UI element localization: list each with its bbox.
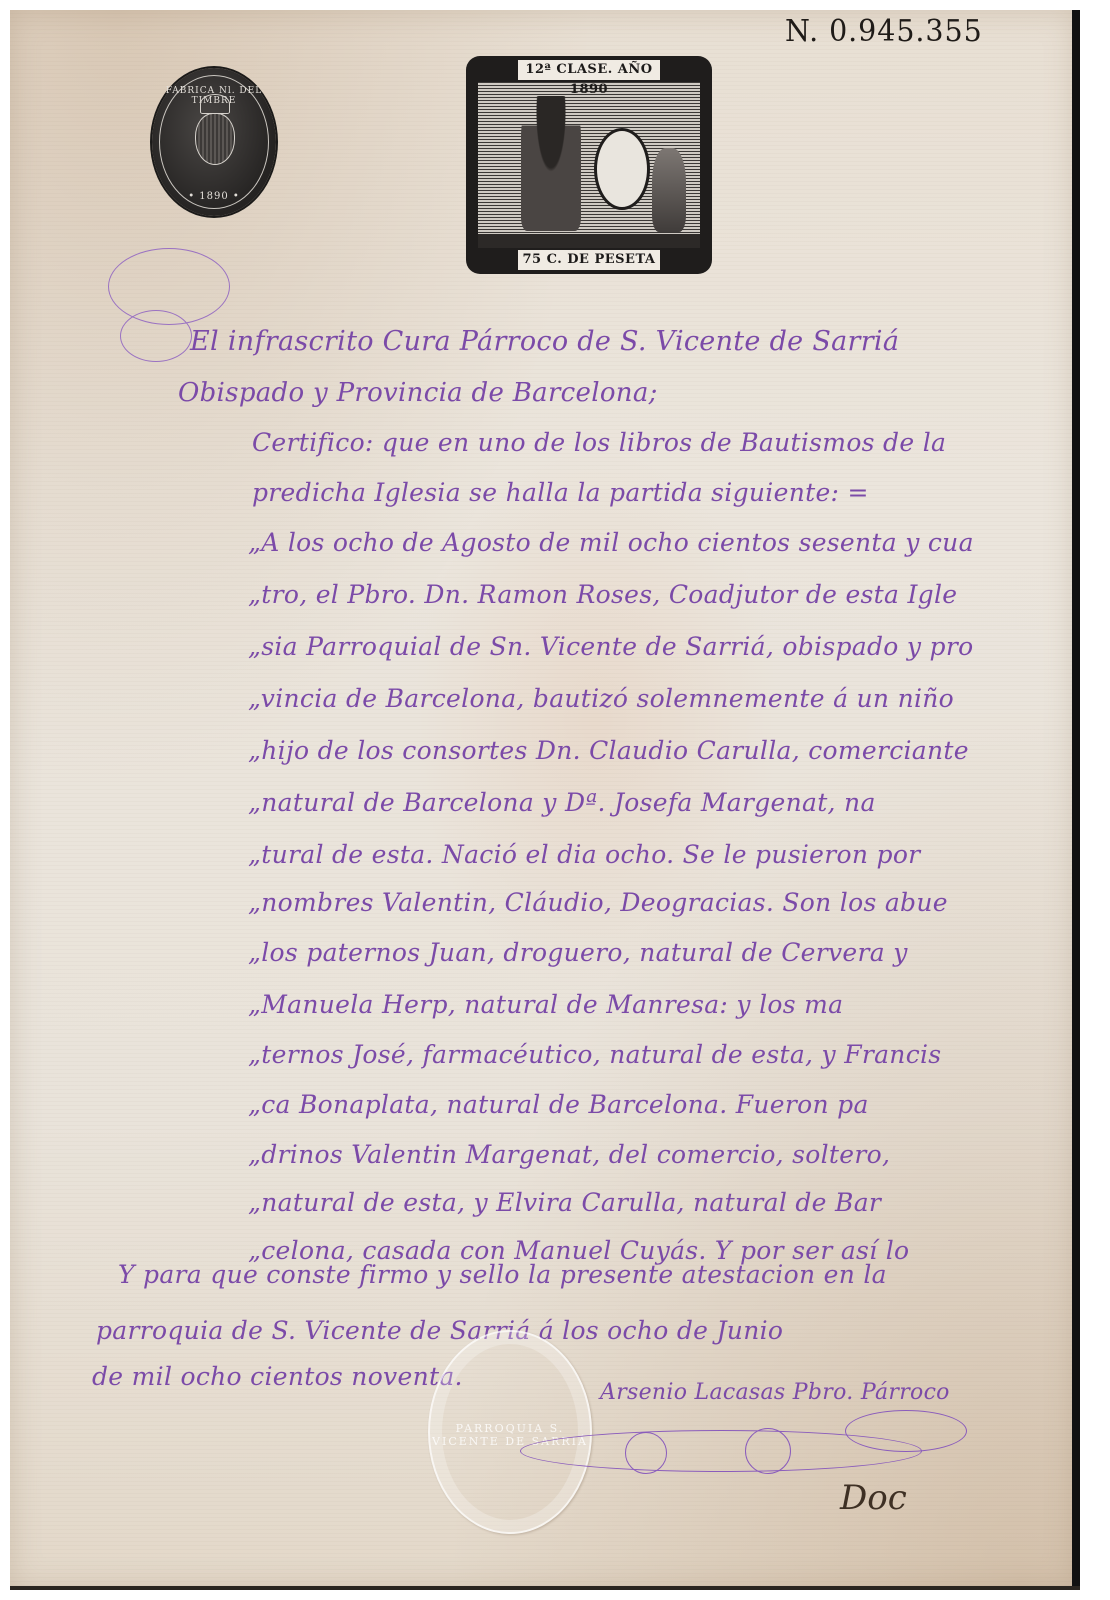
text-line: Y para que conste firmo y sello la prese… [118, 1260, 887, 1289]
scan-edge-right [1072, 10, 1080, 1590]
text-line: „vincia de Barcelona, bautizó solemnemen… [248, 684, 954, 713]
mercury-figure-icon [521, 96, 581, 231]
text-line: „hijo de los consortes Dn. Claudio Carul… [248, 736, 969, 765]
coat-of-arms-icon [195, 113, 235, 165]
stamp-oval-icon [594, 128, 650, 210]
revenue-stamp: 12ª CLASE. AÑO 1890 75 C. DE PESETA [466, 56, 712, 274]
text-line: „drinos Valentin Margenat, del comercio,… [248, 1140, 890, 1169]
parish-embossed-seal-icon: PARROQUIA S. VICENTE DE SARRIÁ [428, 1330, 592, 1534]
scan-edge-bottom [10, 1586, 1080, 1590]
text-line: „Manuela Herp, natural de Manresa: y los… [248, 990, 843, 1019]
text-line: „nombres Valentin, Cláudio, Deogracias. … [248, 888, 948, 917]
stamp-bottom-banner: 75 C. DE PESETA [516, 248, 662, 272]
text-line: „los paternos Juan, droguero, natural de… [248, 938, 908, 967]
priest-signature: Arsenio Lacasas Pbro. Párroco [600, 1380, 950, 1405]
text-line: „natural de Barcelona y Dª. Josefa Marge… [248, 788, 876, 817]
serial-number: N. 0.945.355 [785, 14, 983, 49]
signature-rubric-icon [745, 1428, 791, 1474]
text-line: „sia Parroquial de Sn. Vicente de Sarriá… [248, 632, 973, 661]
text-line: „ternos José, farmacéutico, natural de e… [248, 1040, 941, 1069]
text-line: „tural de esta. Nació el dia ocho. Se le… [248, 840, 920, 869]
seal-year: • 1890 • [152, 191, 276, 202]
signature-rubric-icon [845, 1410, 967, 1452]
text-line: „A los ocho de Agosto de mil ocho ciento… [248, 528, 974, 557]
text-line: Certifico: que en uno de los libros de B… [252, 428, 946, 457]
text-line: de mil ocho cientos noventa. [92, 1362, 463, 1391]
opening-flourish-icon [120, 310, 192, 362]
text-line: parroquia de S. Vicente de Sarriá á los … [96, 1316, 783, 1345]
timbre-seal-icon: FABRICA Nl. DEL TIMBRE • 1890 • [152, 68, 276, 216]
doc-signature: Doc [840, 1478, 907, 1518]
stamp-base [478, 234, 700, 248]
text-line: El infrascrito Cura Párroco de S. Vicent… [190, 326, 899, 357]
crown-icon [200, 94, 230, 114]
text-line: predicha Iglesia se halla la partida sig… [252, 478, 869, 507]
text-line: Obispado y Provincia de Barcelona; [178, 378, 658, 408]
signature-rubric-icon [625, 1432, 667, 1474]
text-line: „tro, el Pbro. Dn. Ramon Roses, Coadjuto… [248, 580, 957, 609]
text-line: „ca Bonaplata, natural de Barcelona. Fue… [248, 1090, 869, 1119]
text-line: „natural de esta, y Elvira Carulla, natu… [248, 1188, 881, 1217]
stamp-top-banner: 12ª CLASE. AÑO 1890 [516, 58, 662, 82]
cherub-figure-icon [652, 148, 686, 232]
